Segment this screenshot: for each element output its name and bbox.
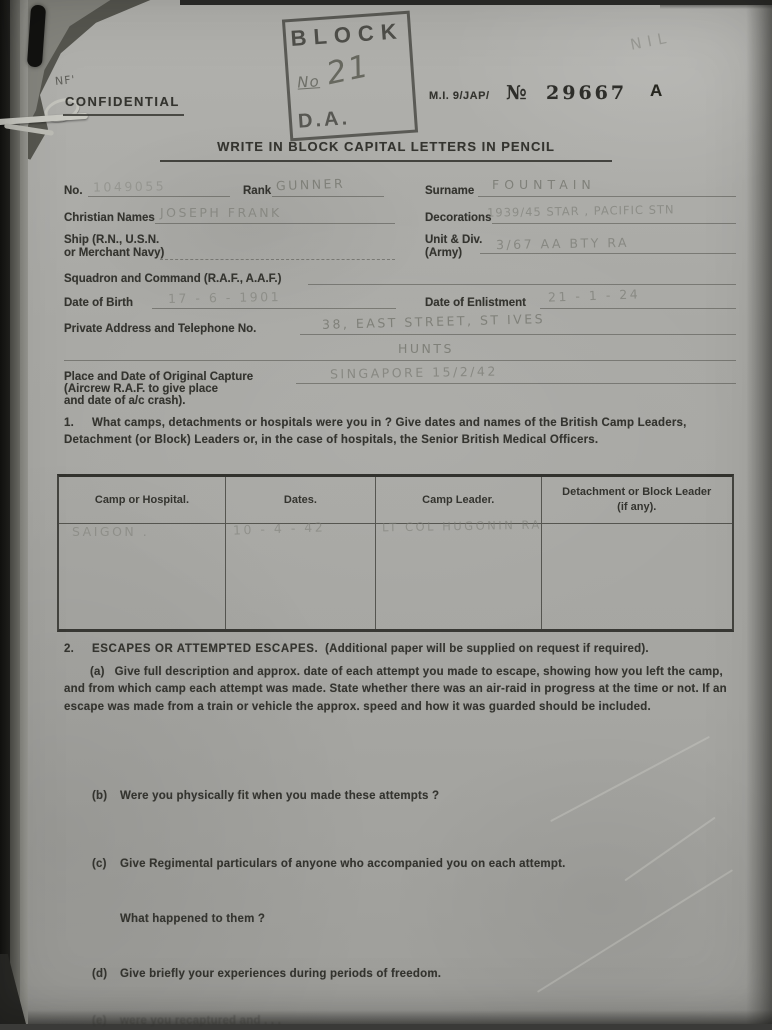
binding-edge-mid [10,0,20,1024]
page-edge-top [180,0,772,5]
field-label-enlistment: Date of Enlistment [425,295,526,312]
field-label-ship-2: or Merchant Navy) [64,245,164,262]
binding-string-tail [4,123,54,136]
field-label-squadron: Squadron and Command (R.A.F., A.A.F.) [64,271,281,288]
field-value-address-2: HUNTS [398,341,454,356]
bottom-left-corner [0,954,26,1024]
field-label-no: No. [64,183,83,200]
field-value-christian-names: JOSEPH FRANK [160,205,282,220]
binding-edge-dark [0,0,10,1024]
stamp-block-number: 21 [323,48,373,92]
table-entry-camp: SAIGON . [72,524,149,539]
field-label-decorations: Decorations [425,210,491,227]
form-line [480,253,736,254]
form-line [300,334,736,335]
question-2a-text: Give full description and approx. date o… [64,666,727,713]
field-value-no: 1049055 [93,178,166,194]
pencil-note-nf: NF' [54,73,76,88]
question-2d-label: (d) [92,966,120,983]
form-title: WRITE IN BLOCK CAPITAL LETTERS IN PENCIL [160,137,612,162]
form-line [160,259,395,260]
form-line [478,196,736,197]
table-entry-dates: 10 - 4 - 42 [233,519,326,537]
table-cell-camp [59,524,226,629]
numero-sign: № [506,79,527,108]
question-2-title: ESCAPES OR ATTEMPTED ESCAPES. [92,643,318,655]
form-line [308,284,736,285]
stamp-initials: D.A. [297,107,350,134]
field-label-rank: Rank [243,183,271,200]
question-1: 1.What camps, detachments or hospitals w… [64,415,742,450]
question-2c-followup: What happened to them ? [120,911,520,928]
question-2e-text: were you recaptured and . . . [120,1015,281,1024]
field-label-christian-names: Christian Names [64,210,155,227]
question-2d: (d)Give briefly your experiences during … [92,966,712,983]
question-2b-label: (b) [92,788,120,805]
camps-table-header-row: Camp or Hospital. Dates. Camp Leader. De… [59,477,732,524]
field-value-surname: FOUNTAIN [492,177,596,192]
mi9-reference: M.I. 9/JAP/ [429,88,490,105]
question-1-text: What camps, detachments or hospitals wer… [64,417,687,446]
form-line [155,223,395,224]
question-2a: (a)Give full description and approx. dat… [64,664,742,716]
question-2c-label: (c) [92,856,120,873]
form-line [540,308,736,309]
form-line [492,223,736,224]
field-value-capture: SINGAPORE 15/2/42 [330,364,498,382]
form-line [272,196,384,197]
field-label-address: Private Address and Telephone No. [64,321,256,338]
table-entry-leader: LT COL HUGONIN RA [382,518,542,535]
scratch-mark [550,736,710,822]
column-header-camp-leader: Camp Leader. [376,477,542,523]
pencil-note-nil: NIL [629,28,674,54]
table-cell-detachment [542,524,732,629]
field-label-surname: Surname [425,183,474,200]
question-2c-text: Give Regimental particulars of anyone wh… [120,858,566,870]
ink-mark [27,5,46,68]
question-2e-fragment: (e)were you recaptured and . . . [92,1013,712,1024]
question-2b: (b)Were you physically fit when you made… [92,788,712,805]
form-line [64,360,736,361]
field-label-unit-2: (Army) [425,245,462,262]
page-edge-right [746,0,772,1024]
camps-table-body-row [59,524,732,629]
pow-questionnaire-page: NF' CONFIDENTIAL BLOCK No 21 D.A. M.I. 9… [0,0,772,1024]
question-2d-text: Give briefly your experiences during per… [120,968,441,980]
field-label-capture-3: and date of a/c crash). [64,393,185,410]
field-value-decorations: 1939/45 STAR , PACIFIC STN [487,202,675,219]
question-2-number: 2. [64,641,92,658]
column-header-detachment-leader: Detachment or Block Leader (if any). [542,477,732,523]
field-value-address-1: 38, EAST STREET, ST IVES [322,311,545,332]
confidential-heading: CONFIDENTIAL [63,92,184,116]
field-label-dob: Date of Birth [64,295,133,312]
column-header-dates: Dates. [226,477,376,523]
column-header-camp: Camp or Hospital. [59,477,226,523]
field-value-dob: 17 - 6 - 1901 [168,289,281,306]
question-2a-label: (a) [90,666,105,678]
page-edge-top-corner [660,0,772,9]
form-line [296,383,736,384]
block-stamp: BLOCK No 21 D.A. [282,11,418,142]
field-value-rank: GUNNER [276,176,346,193]
form-line [152,308,396,309]
table-cell-dates [226,524,376,629]
serial-number: 29667 [546,79,627,108]
question-2e-label: (e) [92,1013,120,1024]
question-2-heading: 2.ESCAPES OR ATTEMPTED ESCAPES. (Additio… [64,641,744,658]
question-2b-text: Were you physically fit when you made th… [120,790,439,802]
stamp-no-label: No [297,72,321,92]
stamp-word: BLOCK [285,18,409,52]
binding-edge-light [20,0,28,1024]
table-cell-leader [376,524,542,629]
field-value-unit: 3/67 AA BTY RA [496,235,629,252]
question-2-note: (Additional paper will be supplied on re… [325,643,649,655]
field-value-enlistment: 21 - 1 - 24 [548,286,641,304]
series-letter: A [650,78,662,104]
form-line [88,196,230,197]
camps-table: Camp or Hospital. Dates. Camp Leader. De… [57,474,734,632]
question-2c: (c)Give Regimental particulars of anyone… [92,856,732,873]
question-1-number: 1. [64,415,92,432]
